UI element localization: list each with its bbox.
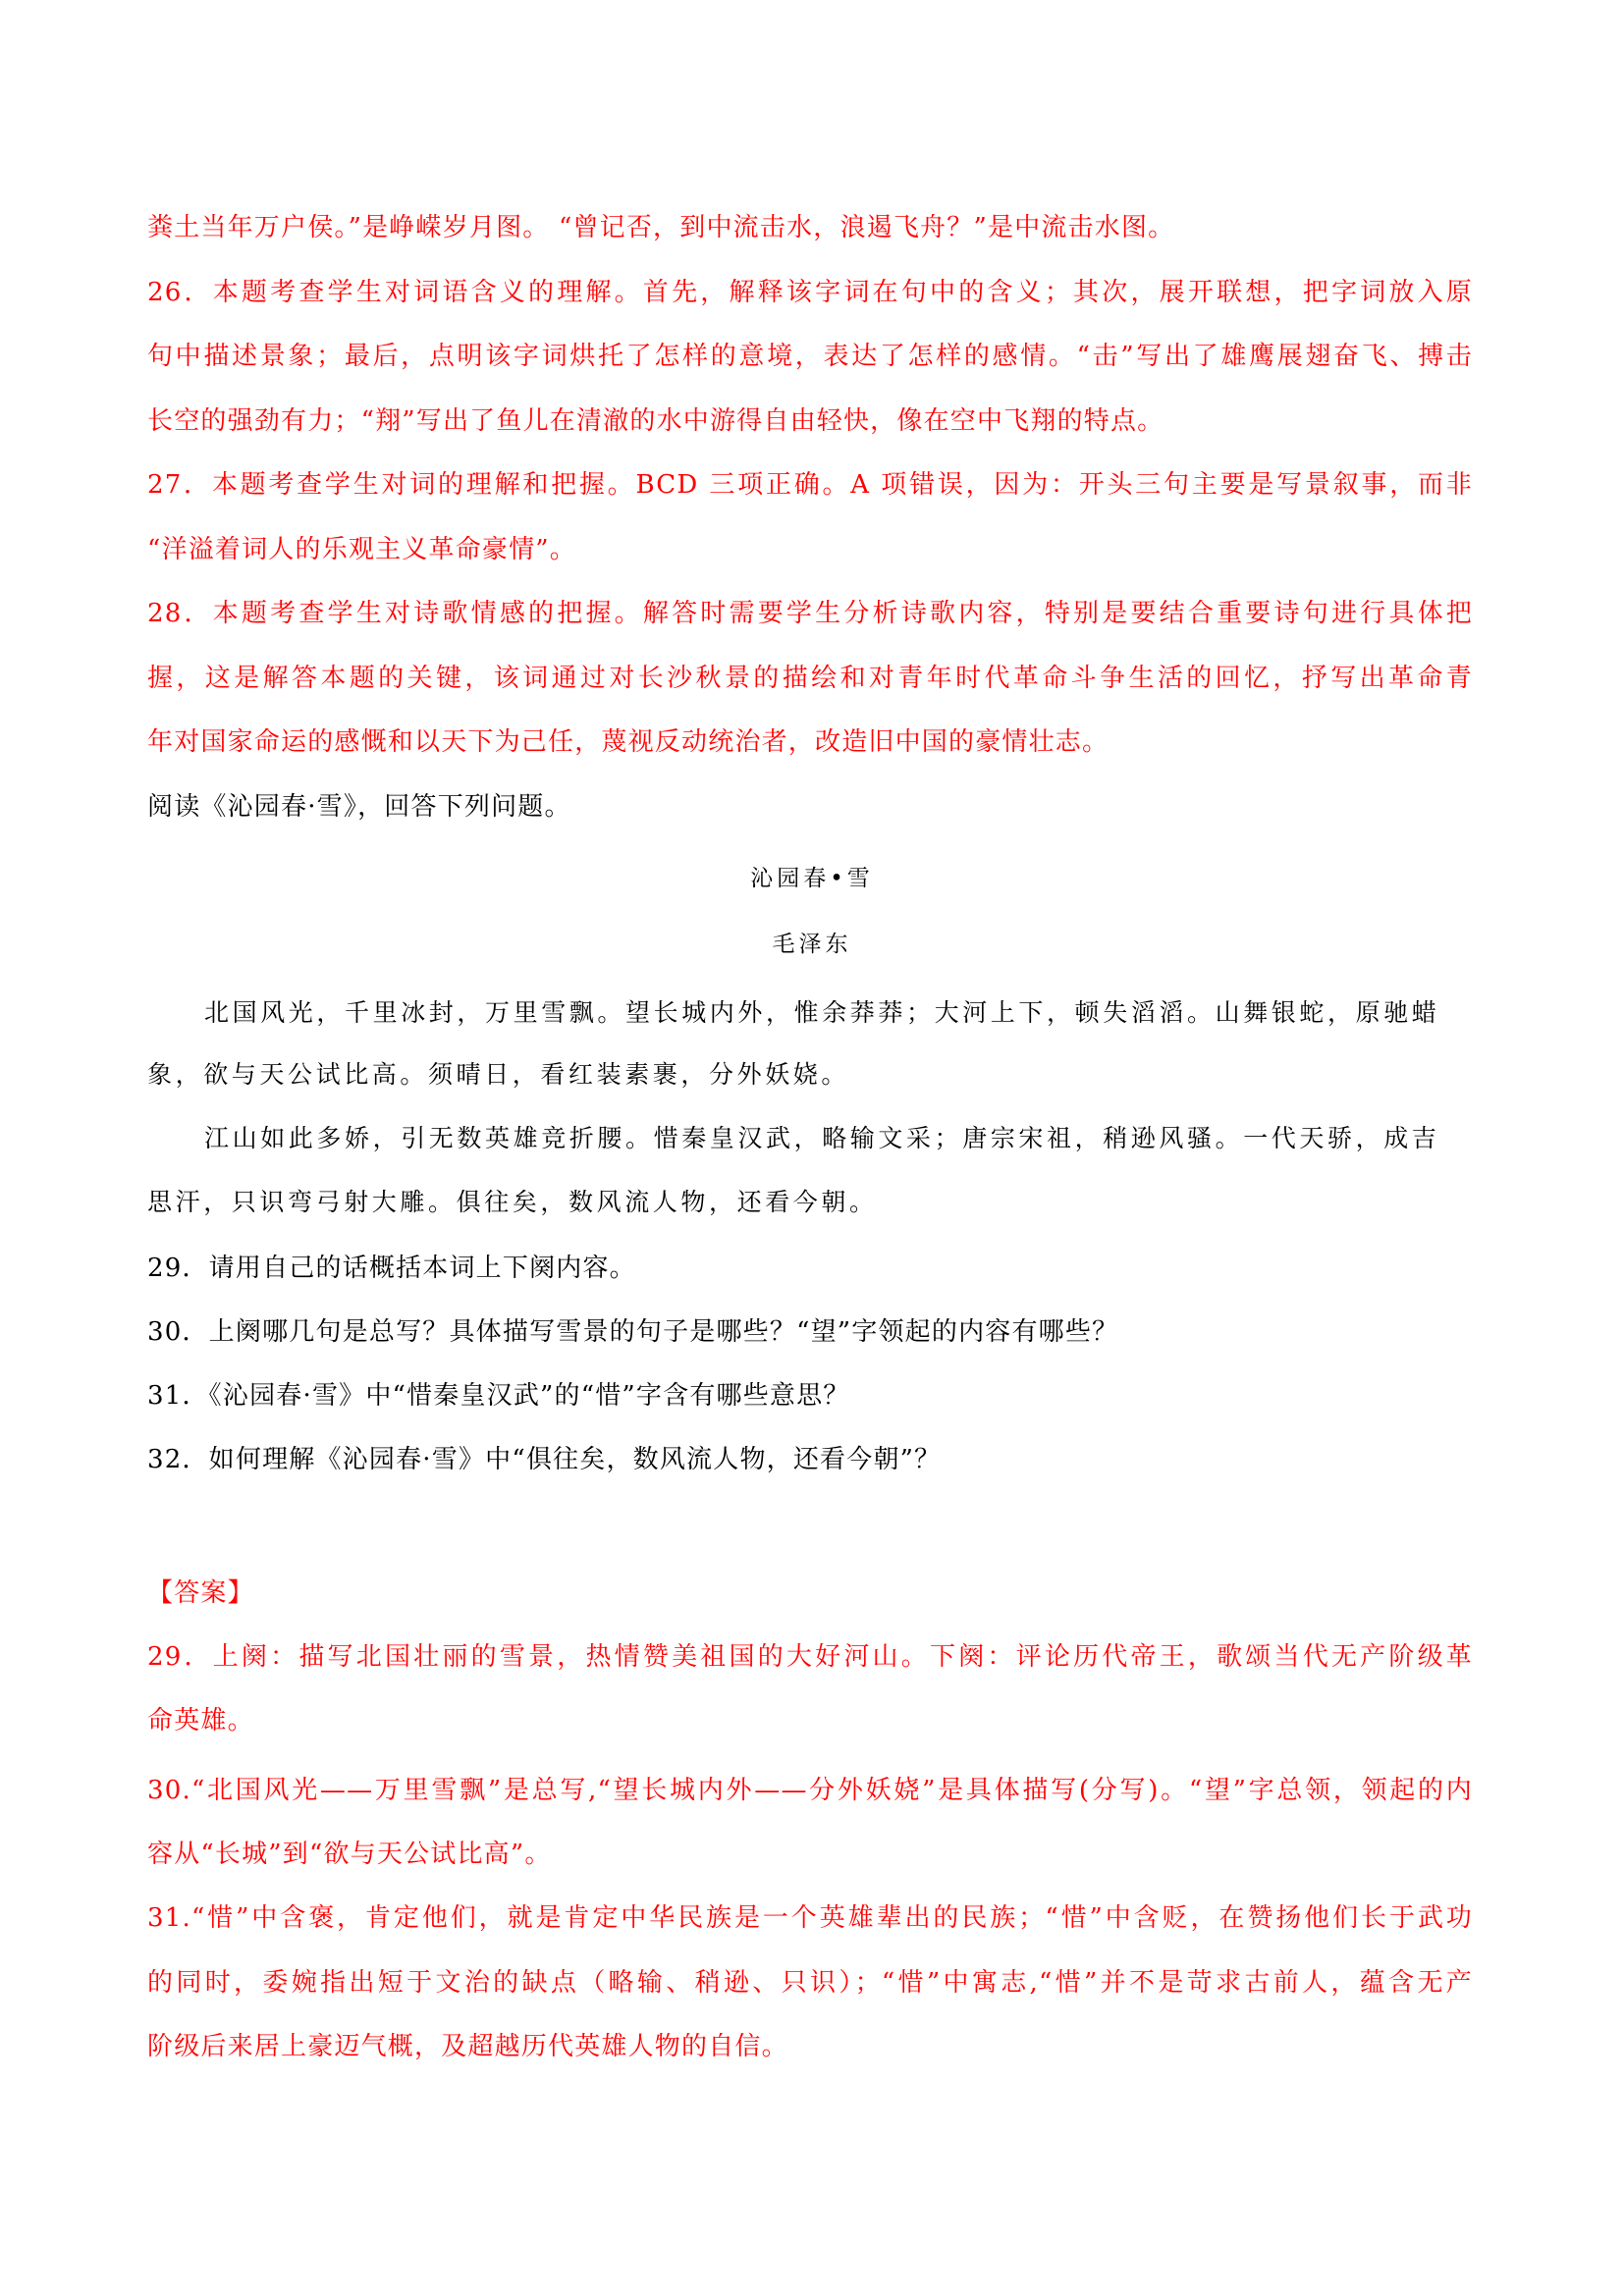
question-32: 32．如何理解《沁园春·雪》中“俱往矣，数风流人物，还看今朝”？	[147, 1442, 941, 1477]
analysis-q26-line-2: 句中描述景象；最后，点明该字词烘托了怎样的意境，表达了怎样的感情。“击”写出了雄…	[147, 339, 1473, 374]
answer-31-line-2: 的同时，委婉指出短于文治的缺点（略输、稍逊、只识）；“惜”中寓志,“惜”并不是苛…	[147, 1965, 1473, 2001]
poem-line: 北国风光，千里冰封，万里雪飘。望长城内外，惟余莽莽；大河上下，顿失滔滔。山舞银蛇…	[204, 995, 1439, 1031]
question-29: 29．请用自己的话概括本词上下阕内容。	[147, 1251, 636, 1286]
answer-29-line-2: 命英雄。	[147, 1703, 254, 1738]
analysis-q28-line-3: 年对国家命运的感慨和以天下为己任，蔑视反动统治者，改造旧中国的豪情壮志。	[147, 724, 1109, 760]
analysis-q26-line-1: 26．本题考查学生对词语含义的理解。首先，解释该字词在句中的含义；其次，展开联想…	[147, 275, 1473, 310]
analysis-q28-line-1: 28．本题考查学生对诗歌情感的把握。解答时需要学生分析诗歌内容，特别是要结合重要…	[147, 596, 1473, 631]
poem-line: 思汗，只识弯弓射大雕。俱往矣，数风流人物，还看今朝。	[147, 1185, 878, 1220]
analysis-q28-line-2: 握，这是解答本题的关键，该词通过对长沙秋景的描绘和对青年时代革命斗争生活的回忆，…	[147, 661, 1473, 696]
analysis-q27-line-1: 27．本题考查学生对词的理解和把握。BCD 三项正确。A 项错误，因为：开头三句…	[147, 467, 1473, 503]
poem-line: 象，欲与天公试比高。须晴日，看红装素裹，分外妖娆。	[147, 1057, 849, 1093]
answer-29-line-1: 29．上阕：描写北国壮丽的雪景，热情赞美祖国的大好河山。下阕：评论历代帝王，歌颂…	[147, 1639, 1473, 1675]
reading-instruction: 阅读《沁园春·雪》，回答下列问题。	[147, 789, 571, 825]
analysis-continuation-line: 粪土当年万户侯。”是峥嵘岁月图。 “曾记否，到中流击水，浪遏飞舟？”是中流击水图…	[147, 210, 1174, 245]
answer-30-line-1: 30.“北国风光——万里雪飘”是总写,“望长城内外——分外妖娆”是具体描写(分写…	[147, 1773, 1473, 1808]
analysis-q26-line-3: 长空的强劲有力；“翔”写出了鱼儿在清澈的水中游得自由轻快，像在空中飞翔的特点。	[147, 403, 1164, 439]
question-31: 31．《沁园春·雪》中“惜秦皇汉武”的“惜”字含有哪些意思？	[147, 1378, 850, 1414]
question-30: 30．上阕哪几句是总写？具体描写雪景的句子是哪些？“望”字领起的内容有哪些？	[147, 1314, 1118, 1350]
answer-30-line-2: 容从“长城”到“欲与天公试比高”。	[147, 1837, 552, 1872]
answer-31-line-3: 阶级后来居上豪迈气概，及超越历代英雄人物的自信。	[147, 2029, 788, 2064]
poem-title: 沁园春•雪	[0, 861, 1624, 896]
answers-header: 【答案】	[147, 1575, 254, 1611]
poem-author: 毛泽东	[0, 927, 1624, 962]
answer-31-line-1: 31.“惜”中含褒，肯定他们，就是肯定中华民族是一个英雄辈出的民族；“惜”中含贬…	[147, 1900, 1473, 1936]
analysis-q27-line-2: “洋溢着词人的乐观主义革命豪情”。	[147, 532, 576, 567]
poem-line: 江山如此多娇，引无数英雄竞折腰。惜秦皇汉武，略输文采；唐宗宋祖，稍逊风骚。一代天…	[204, 1121, 1439, 1156]
